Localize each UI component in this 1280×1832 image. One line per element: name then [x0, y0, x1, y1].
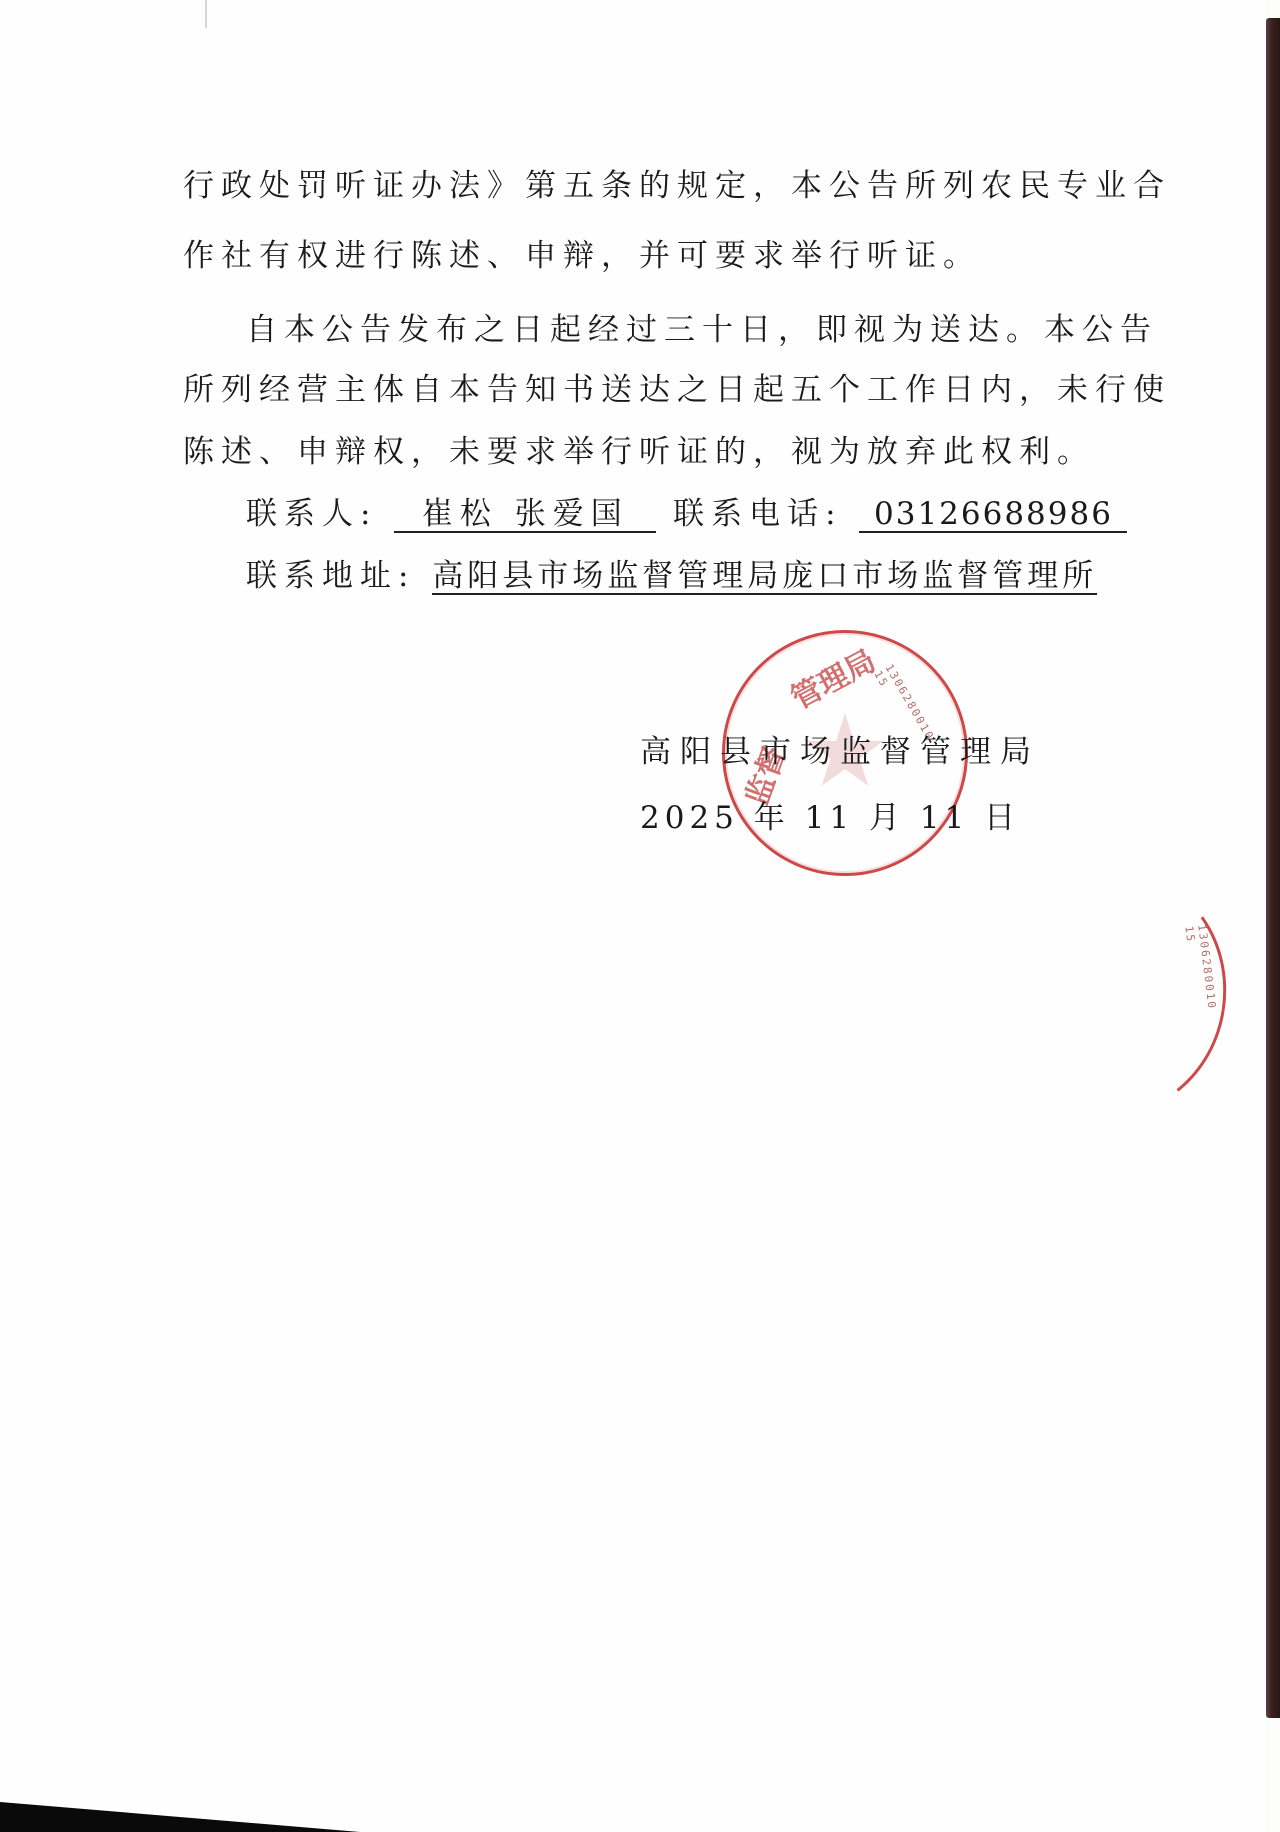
paragraph-1-line-1: 行政处罚听证办法》第五条的规定，本公告所列农民专业合 — [183, 166, 1171, 206]
scan-shadow — [0, 1802, 360, 1832]
contact-address-value: 高阳县市场监督管理局庞口市场监督管理所 — [432, 559, 1097, 595]
contact-phone-label: 联系电话: — [673, 496, 842, 532]
contact-row: 联系人: 崔松 张爱国 联系电话: 03126688986 — [246, 494, 1127, 534]
scan-artifact — [205, 0, 207, 28]
document-page: 行政处罚听证办法》第五条的规定，本公告所列农民专业合 作社有权进行陈述、申辩，并… — [0, 0, 1266, 1832]
paragraph-2-line-3: 陈述、申辩权，未要求举行听证的，视为放弃此权利。 — [183, 432, 1095, 472]
signature-date: 2025 年 11 月 11 日 — [640, 792, 1020, 837]
partial-seal: 1306280010 15 — [984, 855, 1242, 1130]
page-edge-shadow — [1266, 18, 1280, 1718]
contact-person-label: 联系人: — [246, 496, 377, 532]
paragraph-2-line-2: 所列经营主体自本告知书送达之日起五个工作日内，未行使 — [183, 370, 1171, 410]
partial-seal-code: 1306280010 15 — [1182, 924, 1218, 1013]
contact-phone-value: 03126688986 — [859, 497, 1127, 533]
seal-text-top: 管理局 — [782, 636, 882, 717]
address-row: 联系地址: 高阳县市场监督管理局庞口市场监督管理所 — [246, 556, 1097, 596]
contact-person-value: 崔松 张爱国 — [394, 497, 656, 533]
paragraph-1-line-2: 作社有权进行陈述、申辩，并可要求举行听证。 — [183, 236, 981, 276]
paragraph-2-line-1: 自本公告发布之日起经过三十日，即视为送达。本公告 — [246, 310, 1158, 350]
signature-organization: 高阳县市场监督管理局 — [640, 726, 1040, 771]
contact-address-label: 联系地址: — [246, 558, 415, 594]
